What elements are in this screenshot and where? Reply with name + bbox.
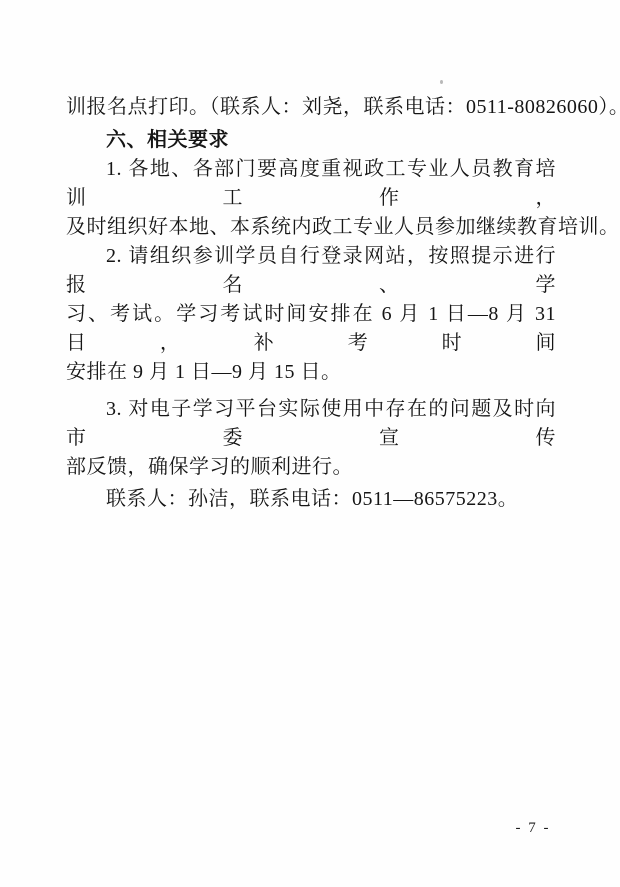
item-3-line-1: 3. 对电子学习平台实际使用中存在的问题及时向市委宣传 (66, 395, 556, 453)
paragraph-continuation-line: 训报名点打印。（联系人：刘尧，联系电话：0511-80826060）。 (66, 93, 556, 122)
item-2-line-2: 习、考试。学习考试时间安排在 6 月 1 日—8 月 31 日，补考时间 (66, 300, 556, 358)
item-2-line-3: 安排在 9 月 1 日—9 月 15 日。 (66, 358, 556, 387)
item-3-line-2: 部反馈，确保学习的顺利进行。 (66, 453, 556, 482)
contact-line: 联系人：孙洁，联系电话：0511—86575223。 (66, 485, 556, 514)
document-body: 训报名点打印。（联系人：刘尧，联系电话：0511-80826060）。 六、相关… (66, 93, 556, 514)
item-1-line-2: 及时组织好本地、本系统内政工专业人员参加继续教育培训。 (66, 213, 556, 242)
item-1-line-1: 1. 各地、各部门要高度重视政工专业人员教育培训工作， (66, 155, 556, 213)
section-heading: 六、相关要求 (66, 126, 556, 155)
document-page: 训报名点打印。（联系人：刘尧，联系电话：0511-80826060）。 六、相关… (0, 0, 620, 887)
item-2-line-1: 2. 请组织参训学员自行登录网站，按照提示进行报名、学 (66, 242, 556, 300)
page-number: - 7 - (498, 820, 568, 837)
scan-speck (440, 80, 443, 84)
